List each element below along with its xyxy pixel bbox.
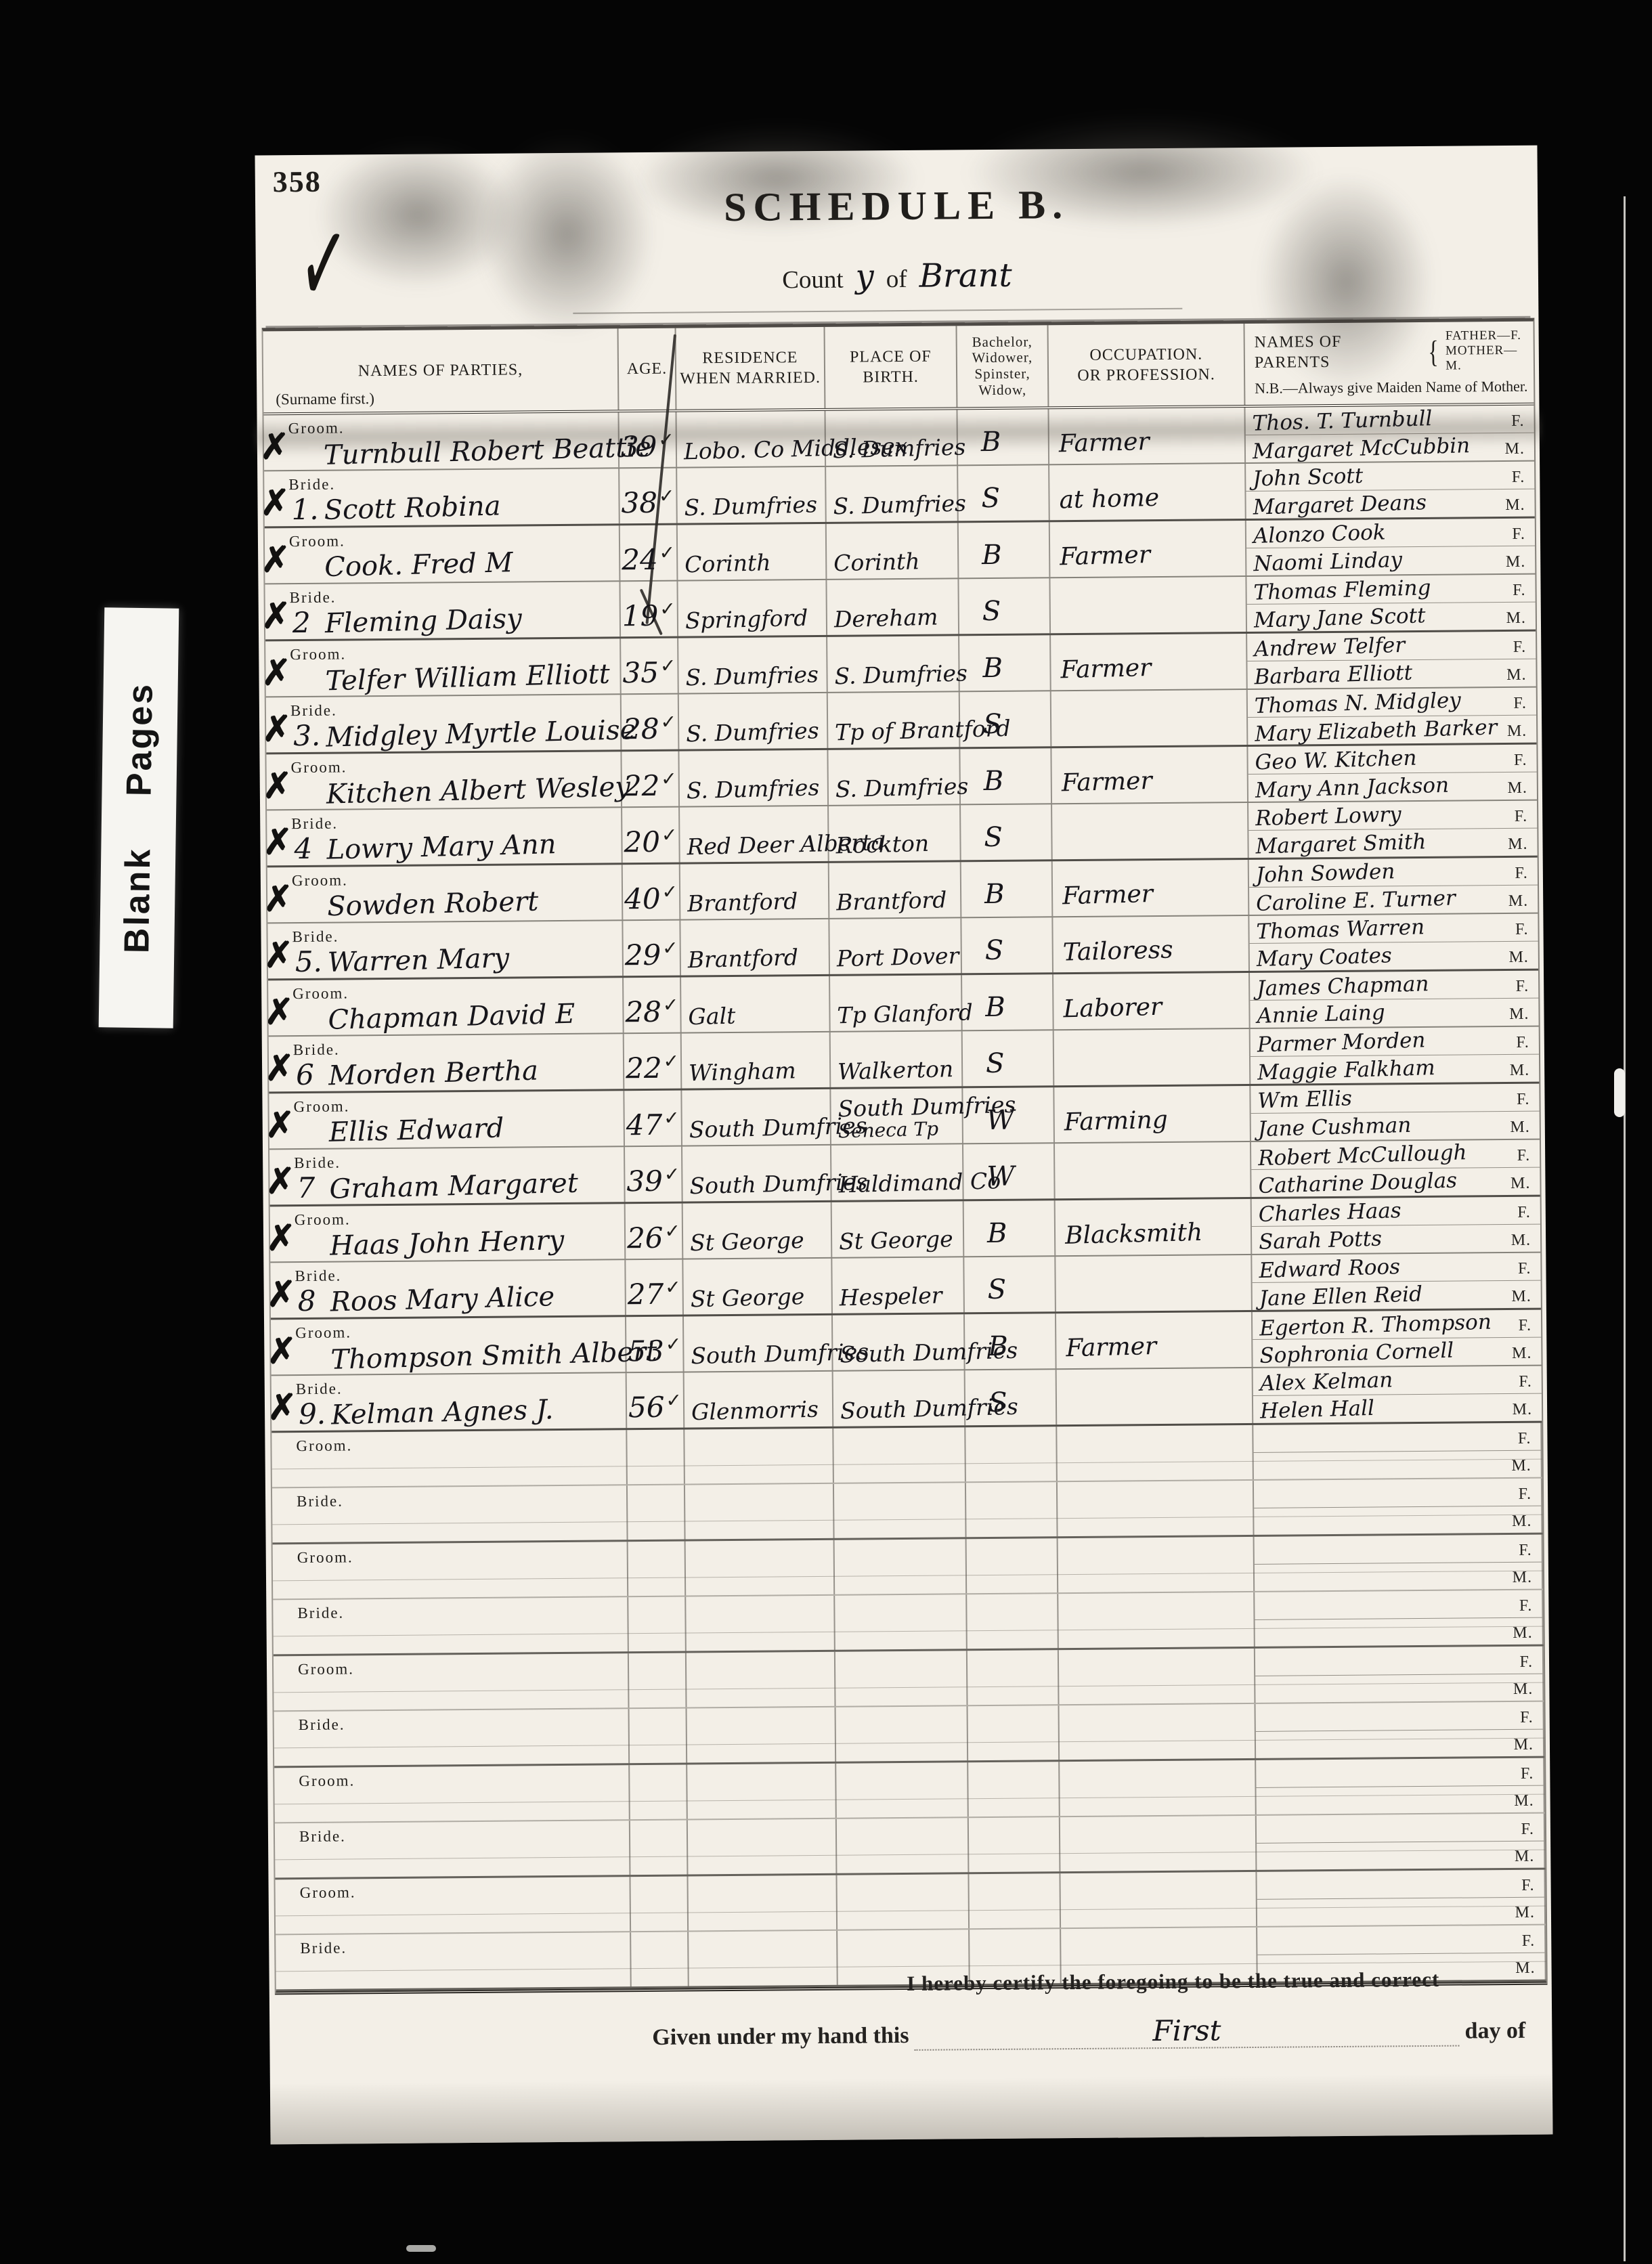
groom-label: Groom. (289, 532, 345, 550)
groom-label: Groom. (292, 984, 349, 1003)
scan-smudge (478, 132, 655, 336)
birth-place-value: Dereham (833, 605, 958, 632)
parents-cell: Geo W. KitchenF.Mary Ann JacksonM. (1248, 745, 1537, 802)
residence-value: S. Dumfries (684, 493, 825, 520)
age-cell: 56✓ (627, 1373, 685, 1429)
occupation-cell (1051, 690, 1248, 746)
residence-cell: Lobo. Co Middlesex (676, 411, 826, 467)
birth-place-cell (835, 1651, 968, 1706)
marital-status-cell: S (960, 691, 1052, 747)
register-row: Groom.F.M. (274, 1758, 1545, 1824)
marital-status-cell: B (965, 1313, 1057, 1369)
age-cell (628, 1597, 687, 1652)
occupation-value: Farmer (1058, 428, 1150, 458)
register-row: Bride.✗9.Kelman Agnes J.56✓GlenmorrisSou… (271, 1366, 1542, 1433)
marital-status-cell (966, 1482, 1058, 1537)
age-cell: 24✓ (620, 525, 678, 581)
father-line: F. (1255, 1647, 1542, 1676)
age-value: 27 (628, 1278, 664, 1311)
party-cell: Bride.✗2Fleming Daisy (265, 582, 621, 639)
column-header-residence: RESIDENCE WHEN MARRIED. (676, 327, 826, 410)
residence-cell (687, 1707, 837, 1763)
blank-pages-tab-label: Blank Pages (116, 682, 161, 953)
register-row: Groom.✗Kitchen Albert Wesley22✓S. Dumfri… (266, 745, 1537, 811)
register-row: Bride.✗5.Warren Mary29✓BrantfordPort Dov… (267, 914, 1538, 981)
marital-status-cell (968, 1762, 1060, 1816)
father-line: Robert McCulloughF. (1251, 1140, 1540, 1170)
age-cell: 53✓ (626, 1317, 684, 1372)
party-name: Kelman Agnes J. (331, 1394, 554, 1431)
age-tick: ✓ (666, 1333, 682, 1355)
birth-place-value: Corinth (833, 549, 958, 575)
marital-status-cell: B (959, 635, 1051, 691)
birth-place-cell: S. Dumfries (825, 410, 958, 466)
register-row: Groom.✗Ellis Edward47✓South DumfriesSout… (269, 1084, 1540, 1150)
occupation-value: Farmer (1061, 767, 1152, 797)
residence-cell: Springford (678, 580, 827, 636)
residence-cell: S. Dumfries (677, 467, 827, 523)
residence-cell: South Dumfries (682, 1089, 831, 1146)
father-mark: F. (1513, 695, 1527, 713)
party-cell: Bride.✗4Lowry Mary Ann (267, 808, 623, 865)
occupation-cell: Tailoress (1053, 916, 1250, 972)
father-name: Egerton R. Thompson (1259, 1310, 1492, 1341)
father-line: Parmer MordenF. (1251, 1027, 1539, 1057)
marital-status-value: B (982, 653, 1003, 684)
occupation-value: Farming (1064, 1106, 1168, 1137)
scan-bottom-shadow (270, 2074, 1553, 2145)
mother-line: Margaret SmithM. (1248, 829, 1537, 858)
residence-value: S. Dumfries (685, 663, 827, 690)
mother-line: Naomi LindayM. (1246, 546, 1535, 575)
bride-label: Bride. (299, 1828, 346, 1846)
entry-cross-mark: ✗ (260, 427, 290, 467)
bride-label: Bride. (299, 1716, 345, 1735)
mother-line: Mary Elizabeth BarkerM. (1248, 716, 1536, 745)
age-cell: 19✓ (620, 582, 678, 637)
groom-label: Groom. (290, 758, 347, 777)
age-value: 19 (622, 599, 659, 632)
father-name: John Sowden (1255, 859, 1395, 888)
entry-cross-mark: ✗ (267, 1331, 297, 1372)
register-row: Groom.✗Chapman David E28✓GaltTp Glanford… (268, 971, 1539, 1037)
age-tick: ✓ (659, 598, 676, 620)
mother-mark: M. (1506, 609, 1526, 628)
father-line: John ScottF. (1246, 462, 1534, 492)
residence-cell: South Dumfries (682, 1146, 832, 1202)
residence-value: South Dumfries (691, 1341, 832, 1368)
residence-value: S. Dumfries (686, 719, 827, 746)
birth-place-cell (836, 1762, 969, 1818)
residence-cell (685, 1484, 835, 1540)
mother-mark: M. (1510, 1062, 1530, 1080)
column-header-occupation: OCCUPATION. OR PROFESSION. (1048, 324, 1245, 406)
bride-label: Bride. (297, 1605, 344, 1623)
parents-cell: Wm EllisF.Jane CushmanM. (1251, 1084, 1540, 1141)
birth-place-cell: Corinth (827, 523, 959, 579)
residence-cell: Wingham (682, 1032, 831, 1089)
age-cell (631, 1932, 689, 1987)
father-mark: F. (1514, 752, 1527, 770)
groom-label: Groom. (297, 1548, 353, 1567)
bride-number: 1. (291, 493, 318, 526)
party-name: Morden Bertha (328, 1055, 539, 1092)
mother-name: Caroline E. Turner (1256, 886, 1456, 916)
parents-cell: Robert LowryF.Margaret SmithM. (1248, 801, 1538, 858)
mother-mark: M. (1513, 1624, 1533, 1642)
register-row: Bride.✗1.Scott Robina38✓S. DumfriesS. Du… (264, 462, 1535, 529)
birth-place-cell: Dereham (827, 579, 959, 635)
parents-cell: F.M. (1257, 1870, 1546, 1926)
mother-line: Jane CushmanM. (1251, 1112, 1540, 1141)
bride-number: 8 (298, 1284, 316, 1318)
table-body: Groom.✗Turnbull Robert Beattie39✓Lobo. C… (264, 406, 1546, 1992)
age-cell (630, 1765, 688, 1820)
age-value: 28 (625, 995, 661, 1028)
party-name: Telfer William Elliott (325, 659, 610, 697)
marital-status-cell: B (962, 974, 1054, 1030)
birth-place-value: South Dumfries (840, 1341, 964, 1367)
register-row: Groom.✗Haas John Henry26✓St GeorgeSt Geo… (270, 1197, 1541, 1263)
parents-cell: F.M. (1256, 1702, 1545, 1758)
residence-value: Lobo. Co Middlesex (684, 437, 825, 464)
register-row: Groom.✗Cook. Fred M24✓CorinthCorinthBFar… (265, 519, 1536, 585)
entry-cross-mark: ✗ (265, 1105, 295, 1146)
father-line: F. (1256, 1702, 1543, 1732)
birth-place-cell: Hespeler (832, 1257, 965, 1313)
father-name: Robert McCullough (1258, 1140, 1467, 1171)
mother-mark: M. (1510, 1118, 1530, 1137)
mother-line: Barbara ElliottM. (1247, 659, 1536, 689)
father-mark: F. (1519, 1373, 1532, 1391)
entry-cross-mark: ✗ (264, 992, 294, 1032)
father-line: Charles HaasF. (1252, 1197, 1540, 1227)
mother-mark: M. (1506, 553, 1526, 571)
age-cell: 29✓ (623, 921, 681, 976)
mother-mark: M. (1509, 1005, 1529, 1024)
father-name: Charles Haas (1258, 1198, 1401, 1227)
mother-line: M. (1255, 1674, 1542, 1703)
given-prefix: Given under my hand this (652, 2023, 909, 2051)
bride-label: Bride. (290, 589, 336, 607)
entry-cross-mark: ✗ (261, 653, 291, 693)
age-cell: 47✓ (624, 1091, 682, 1146)
party-cell: Groom.✗Telfer William Elliott (265, 638, 622, 696)
film-edge-line (1624, 196, 1626, 2261)
occupation-cell: at home (1049, 464, 1246, 520)
occupation-cell (1054, 1029, 1251, 1085)
marital-status-cell: B (964, 1200, 1056, 1256)
occupation-cell (1056, 1255, 1253, 1311)
marital-status-value: S (983, 709, 1002, 740)
party-cell: Bride. (273, 1597, 629, 1654)
given-day-value: First (1152, 2013, 1221, 2047)
father-mark: F. (1517, 1204, 1531, 1222)
age-tick: ✓ (663, 1050, 679, 1072)
certify-line: I hereby certify the foregoing to be the… (821, 1967, 1525, 1997)
party-cell: Groom. (274, 1765, 630, 1822)
column-header-status: Bachelor, Widower, Spinster, Widow, (957, 325, 1049, 407)
father-mark: F. (1512, 525, 1525, 544)
residence-cell: Brantford (680, 863, 830, 919)
occupation-value: Blacksmith (1065, 1219, 1203, 1250)
marital-status-value: S (982, 596, 1001, 627)
birth-place-value: South Dumfries (838, 1095, 962, 1121)
entry-cross-mark: ✗ (260, 483, 290, 523)
age-tick: ✓ (659, 542, 675, 564)
residence-value: Brantford (687, 889, 829, 916)
residence-cell: S. Dumfries (679, 750, 829, 806)
bride-number: 7 (297, 1171, 315, 1204)
occupation-cell (1057, 1368, 1254, 1424)
father-line: Andrew TelferF. (1247, 632, 1536, 661)
register-row: Groom.✗Telfer William Elliott35✓S. Dumfr… (265, 632, 1536, 698)
occupation-value: Farmer (1066, 1332, 1157, 1362)
marital-status-value: S (988, 1274, 1007, 1305)
register-row: Bride.✗7Graham Margaret39✓South Dumfries… (269, 1140, 1540, 1207)
parents-cell: Egerton R. ThompsonF.Sophronia CornellM. (1253, 1310, 1542, 1367)
birth-place-value: Port Dover (836, 944, 961, 971)
occupation-cell (1058, 1481, 1255, 1536)
entry-cross-mark: ✗ (263, 879, 293, 919)
birth-place-value: Walkerton (838, 1058, 962, 1084)
parents-cell: Alex KelmanF.Helen HallM. (1253, 1366, 1542, 1423)
party-name: Lowry Mary Ann (326, 829, 557, 866)
mother-line: Sophronia CornellM. (1253, 1338, 1541, 1367)
marital-status-value: B (987, 1218, 1007, 1249)
bride-number: 3. (293, 719, 320, 752)
marital-status-cell (968, 1650, 1060, 1705)
marital-status-cell: B (959, 522, 1051, 578)
residence-cell (686, 1540, 835, 1596)
register-page: 358 ✓ SCHEDULE B. County of Brant NAMES … (255, 146, 1552, 2145)
mother-name: Barbara Elliott (1254, 661, 1412, 690)
party-name: Chapman David E (328, 999, 575, 1036)
father-line: Egerton R. ThompsonF. (1253, 1310, 1541, 1340)
entry-cross-mark: ✗ (265, 1048, 295, 1089)
bride-label: Bride. (294, 1154, 341, 1173)
age-tick: ✓ (663, 994, 679, 1016)
register-row: Bride.F.M. (274, 1702, 1545, 1768)
party-name: Warren Mary (327, 942, 509, 978)
parents-cell: Parmer MordenF.Maggie FalkhamM. (1251, 1027, 1540, 1084)
mother-line: M. (1256, 1729, 1543, 1758)
mother-mark: M. (1511, 1232, 1531, 1250)
father-mark: F. (1519, 1485, 1532, 1503)
bride-number: 4 (294, 832, 312, 865)
party-cell: Groom. (271, 1430, 628, 1487)
residence-cell: Galt (681, 976, 831, 1032)
birth-place-cell: South Dumfries (833, 1370, 966, 1427)
father-mark: F. (1516, 1034, 1529, 1052)
parents-cell: Thomas FlemingF.Mary Jane ScottM. (1246, 575, 1536, 632)
occupation-cell (1057, 1425, 1254, 1481)
register-row: Groom.F.M. (274, 1647, 1544, 1712)
marital-status-cell (967, 1594, 1059, 1649)
bride-number: 6 (296, 1058, 314, 1091)
mother-line: Helen HallM. (1253, 1394, 1542, 1423)
father-mark: F. (1516, 978, 1529, 996)
age-cell: 39✓ (625, 1147, 683, 1202)
county-handwritten-y: y (855, 257, 874, 295)
age-tick: ✓ (664, 1107, 680, 1129)
father-line: F. (1257, 1870, 1544, 1900)
party-cell: Bride. (274, 1709, 630, 1766)
mother-line: Margaret DeansM. (1246, 489, 1534, 519)
residence-value: Springford (684, 606, 826, 633)
occupation-cell: Farmer (1050, 521, 1247, 577)
mother-mark: M. (1511, 1457, 1531, 1475)
mother-line: Mary Ann JacksonM. (1248, 772, 1537, 802)
register-row: Bride.F.M. (273, 1590, 1544, 1657)
parents-cell: Andrew TelferF.Barbara ElliottM. (1247, 632, 1536, 689)
age-cell: 20✓ (622, 808, 680, 863)
mother-name: Margaret Deans (1253, 490, 1427, 519)
father-line: Alonzo CookF. (1246, 519, 1535, 548)
age-value: 38 (621, 486, 657, 519)
register-row: Bride.F.M. (275, 1814, 1546, 1880)
father-name: Parmer Morden (1257, 1028, 1425, 1057)
parties-header-note: (Surname first.) (276, 389, 374, 410)
father-line: Thomas N. MidgleyF. (1248, 688, 1536, 718)
party-name: Graham Margaret (329, 1168, 578, 1205)
marital-status-cell: S (961, 917, 1053, 973)
party-name: Haas John Henry (330, 1225, 565, 1262)
parents-cell: F.M. (1255, 1590, 1544, 1647)
marital-status-cell: S (965, 1370, 1058, 1425)
party-cell: Groom.✗Haas John Henry (270, 1204, 626, 1261)
father-line: Wm EllisF. (1251, 1084, 1539, 1114)
party-name: Sowden Robert (327, 886, 539, 923)
bride-number: 2 (292, 606, 311, 639)
mother-line: Caroline E. TurnerM. (1249, 886, 1538, 915)
party-name: Turnbull Robert Beattie (323, 432, 651, 471)
father-name: Thomas N. Midgley (1254, 688, 1461, 718)
entry-cross-mark: ✗ (262, 709, 292, 749)
age-cell: 26✓ (626, 1204, 684, 1259)
mother-name: Annie Laing (1257, 1000, 1385, 1028)
party-cell: Bride.✗5.Warren Mary (267, 921, 624, 978)
father-line: John SowdenF. (1249, 858, 1538, 888)
mother-line: Annie LaingM. (1250, 999, 1538, 1028)
parties-header-title: NAMES OF PARTIES, (358, 360, 523, 381)
groom-label: Groom. (299, 1772, 355, 1790)
parents-cell: John SowdenF.Caroline E. TurnerM. (1249, 858, 1538, 915)
age-cell: 40✓ (623, 865, 681, 920)
birth-place-value: S. Dumfries (834, 662, 959, 689)
party-cell: Bride.✗9.Kelman Agnes J. (271, 1373, 628, 1431)
occupation-value: Farmer (1060, 541, 1151, 571)
residence-value: S. Dumfries (686, 776, 827, 803)
residence-value: Brantford (687, 945, 829, 972)
residence-cell (688, 1819, 838, 1875)
bride-label: Bride. (292, 928, 339, 946)
county-underline (573, 308, 1182, 314)
age-tick: ✓ (660, 711, 676, 733)
birth-place-value: Rockton (835, 831, 960, 858)
residence-cell (689, 1931, 838, 1986)
birth-place-value: Haldimand Co (838, 1171, 963, 1197)
marital-status-value: W (986, 1161, 1014, 1192)
occupation-cell (1059, 1649, 1256, 1704)
birth-place-value: St George (839, 1227, 963, 1254)
father-mark: F. (1515, 921, 1529, 939)
birth-place-cell: Brantford (829, 862, 962, 918)
father-line: F. (1256, 1758, 1543, 1788)
bride-label: Bride. (295, 1267, 341, 1286)
occupation-cell: Farmer (1051, 634, 1248, 690)
parents-header-note: N.B.—Always give Maiden Name of Mother. (1255, 377, 1527, 398)
party-cell: Groom.✗Cook. Fred M (265, 525, 621, 583)
residence-value: St George (690, 1228, 831, 1255)
mother-name: Maggie Falkham (1257, 1055, 1435, 1085)
marital-status-value: S (985, 935, 1004, 966)
father-mark: F. (1521, 1764, 1534, 1783)
age-value: 40 (624, 882, 661, 915)
marital-status-cell: B (957, 409, 1049, 464)
age-value: 35 (622, 656, 659, 689)
father-mark: F. (1517, 1147, 1531, 1165)
age-cell (627, 1430, 685, 1485)
father-mark: F. (1519, 1317, 1532, 1335)
age-cell (630, 1821, 689, 1875)
birth-place-cell: Rockton (829, 805, 961, 861)
party-name: Scott Robina (324, 490, 501, 526)
father-name: John Scott (1253, 464, 1364, 492)
register-row: Groom.F.M. (273, 1535, 1544, 1601)
father-mark: F. (1515, 808, 1528, 826)
age-cell (630, 1709, 688, 1764)
birth-place-value: Tp of Brantford (835, 718, 959, 745)
age-tick: ✓ (664, 1220, 680, 1242)
marital-status-cell (967, 1538, 1059, 1593)
mother-mark: M. (1506, 666, 1527, 684)
party-cell: Groom.✗Thompson Smith Albert (271, 1317, 627, 1374)
age-tick: ✓ (661, 768, 677, 790)
marital-status-cell (965, 1427, 1058, 1481)
party-cell: Bride. (275, 1821, 631, 1877)
party-cell: Bride.✗7Graham Margaret (269, 1147, 626, 1204)
marital-status-cell: B (961, 861, 1053, 917)
occupation-cell (1052, 803, 1249, 859)
age-tick: ✓ (665, 1276, 681, 1299)
register-row: Bride.✗3.Midgley Myrtle Louise28✓S. Dumf… (266, 688, 1537, 755)
mother-name: Mary Jane Scott (1253, 603, 1426, 632)
parents-cell: Thos. T. TurnbullF.Margaret McCubbinM. (1245, 406, 1534, 462)
mother-name: Margaret Smith (1255, 829, 1427, 858)
age-tick: ✓ (660, 655, 676, 677)
father-name: Thomas Fleming (1253, 575, 1431, 605)
mother-line: M. (1257, 1897, 1544, 1926)
parents-cell: F.M. (1254, 1479, 1543, 1535)
parents-cell: F.M. (1255, 1535, 1544, 1591)
father-mark: F. (1512, 469, 1525, 487)
column-header-age: AGE. (619, 328, 677, 410)
age-value: 22 (624, 769, 660, 802)
marital-status-value: B (982, 540, 1002, 571)
birth-place-cell: South DumfriesSeneca Tp (831, 1088, 963, 1144)
marital-status-value: S (981, 483, 1000, 514)
age-cell: 22✓ (622, 752, 680, 807)
register-row: Groom.✗Turnbull Robert Beattie39✓Lobo. C… (264, 406, 1535, 472)
bride-label: Bride. (297, 1493, 343, 1511)
bride-label: Bride. (293, 1041, 340, 1060)
bride-label: Bride. (290, 702, 337, 720)
age-cell: 28✓ (624, 978, 682, 1033)
marital-status-value: S (986, 1048, 1005, 1079)
occupation-cell: Blacksmith (1056, 1199, 1253, 1255)
mother-line: M. (1254, 1506, 1541, 1535)
